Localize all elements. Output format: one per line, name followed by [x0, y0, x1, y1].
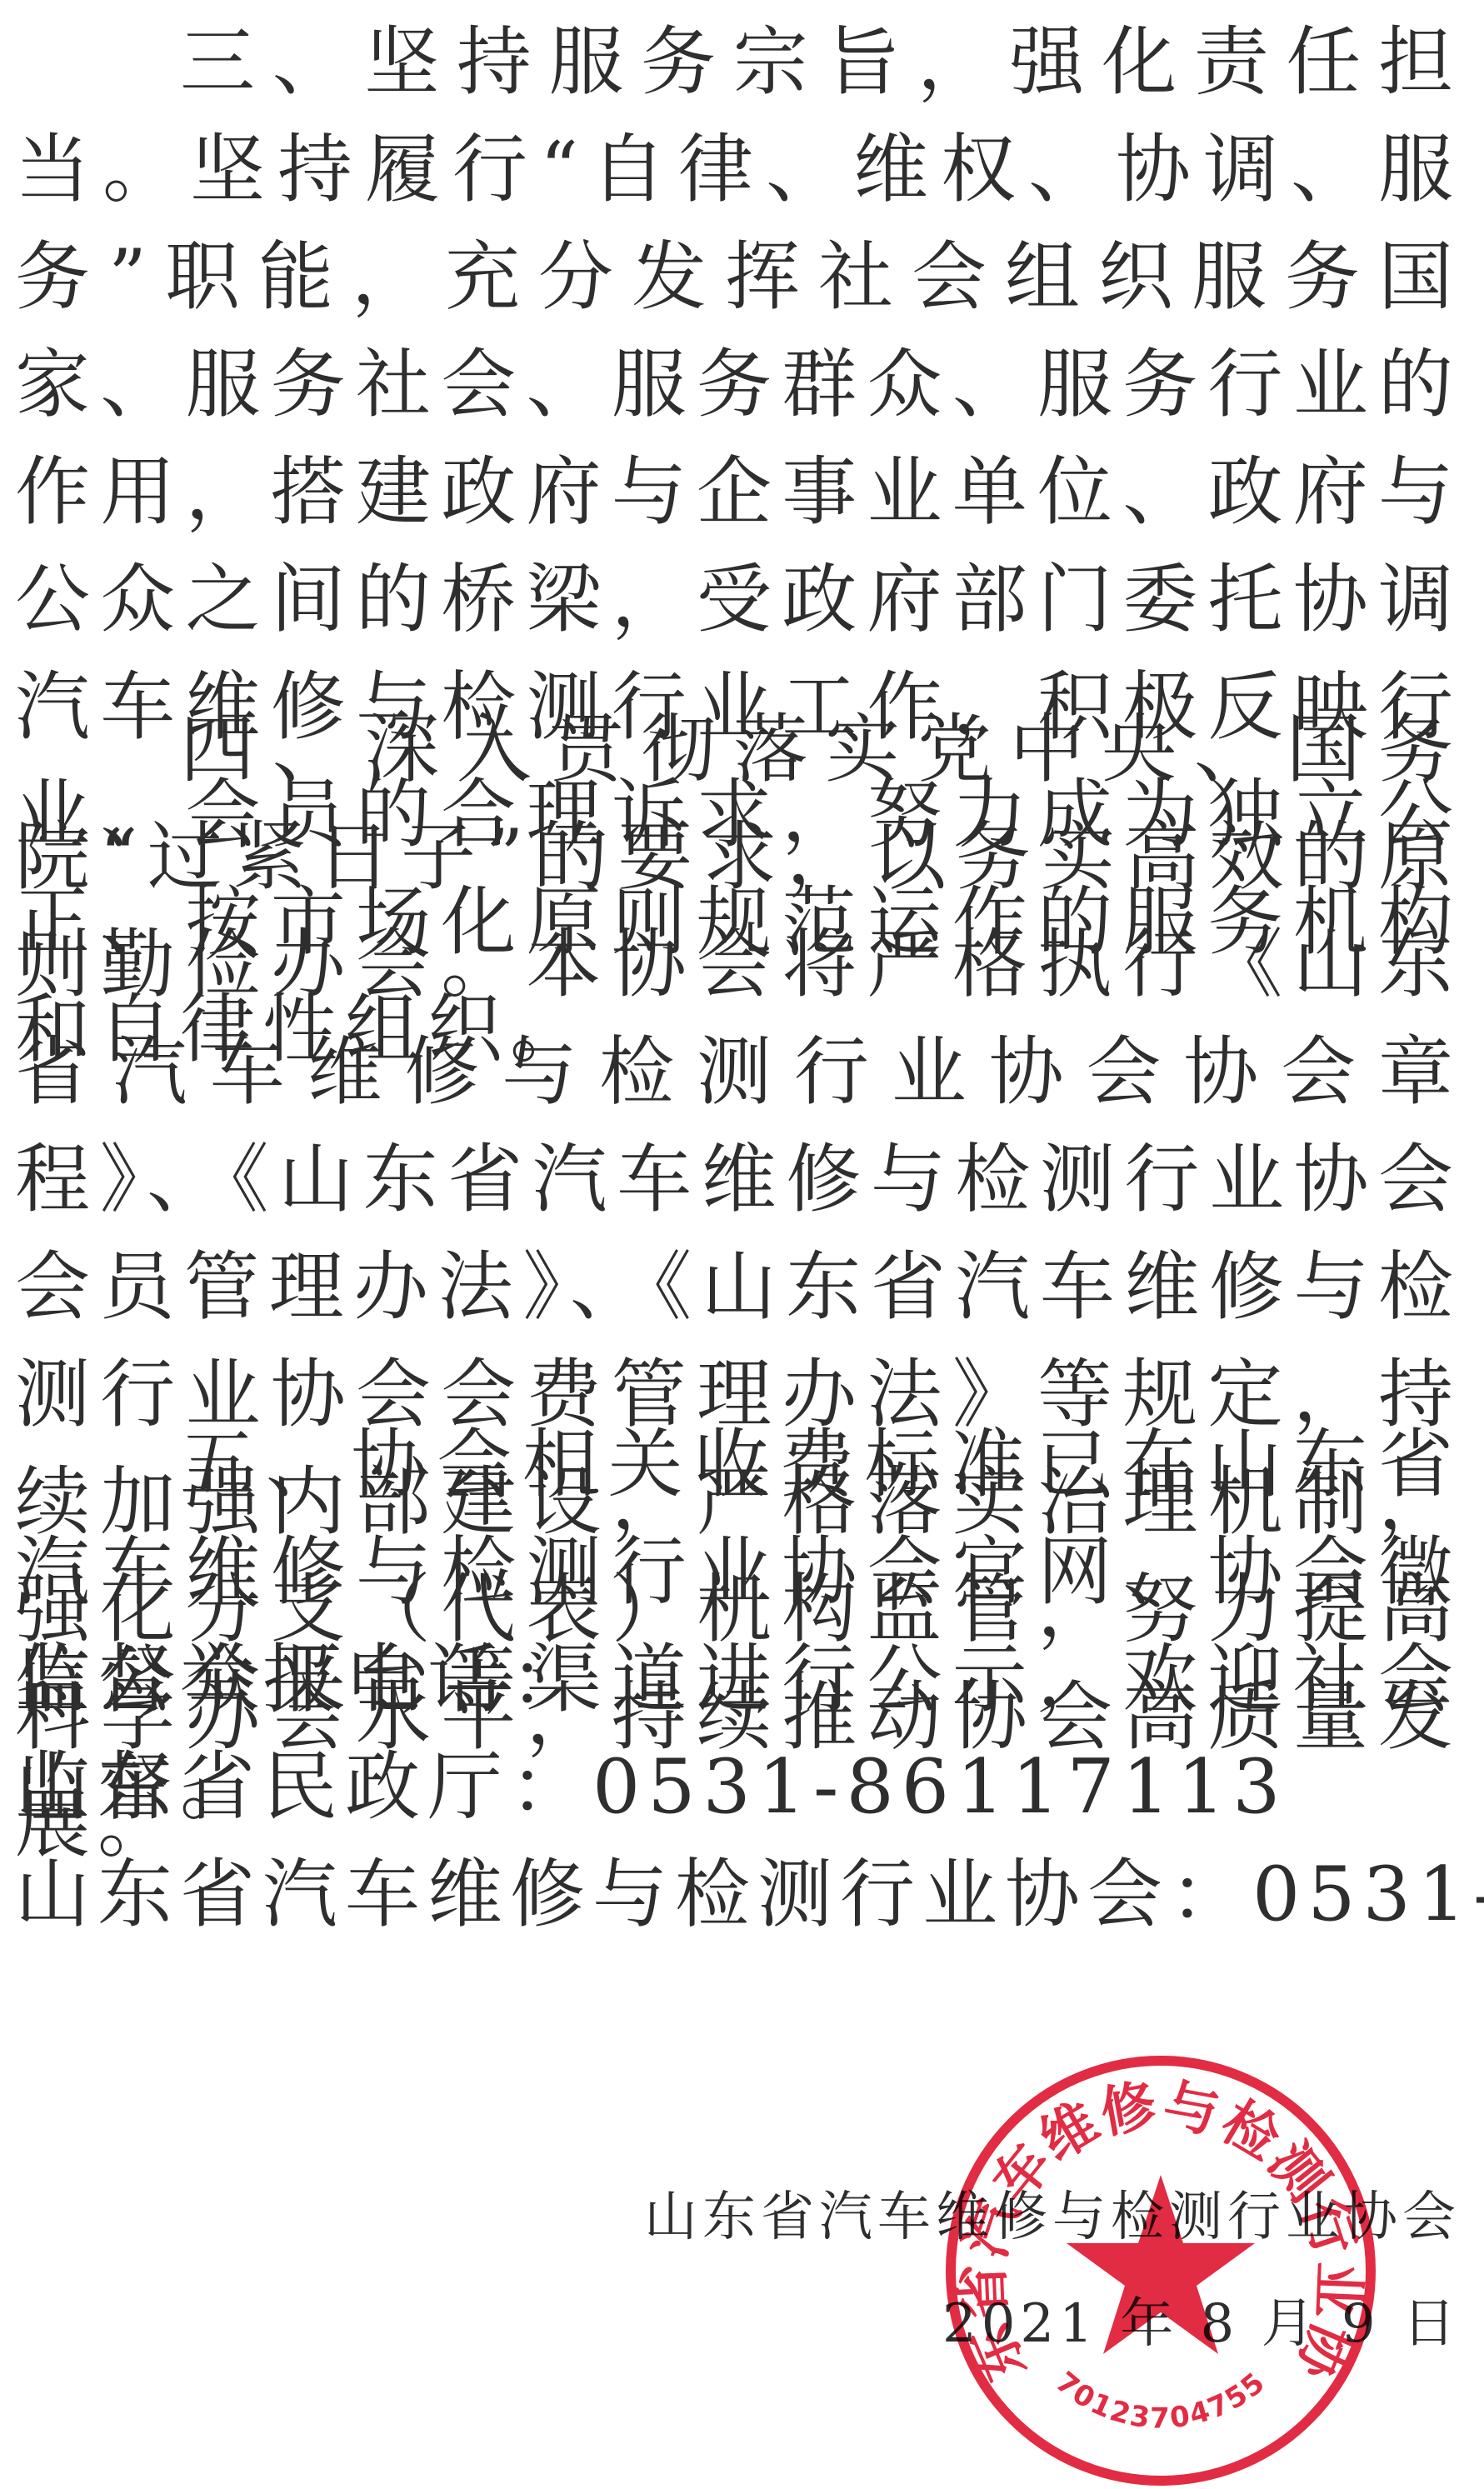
official-seal-icon: 山东省汽车维修与检测行业协会 3701237047555	[940, 2050, 1382, 2489]
hotline-phone: 0531-59688899	[1252, 1851, 1484, 1938]
hotline-org: 山东省汽车维修与检测行业协会：	[15, 1851, 1252, 1938]
hotline-entry-association: 山东省汽车维修与检测行业协会：0531-59688899	[15, 1841, 1484, 1948]
hotline-title: 监督举报电话：	[15, 1626, 592, 1733]
hotline-org: 山东省民政厅：	[15, 1743, 592, 1831]
hotline-entry-civil-affairs: 山东省民政厅：0531-86117113	[15, 1733, 1288, 1841]
seal-star-icon	[1067, 2175, 1255, 2354]
hotline-phone: 0531-86117113	[592, 1743, 1288, 1831]
